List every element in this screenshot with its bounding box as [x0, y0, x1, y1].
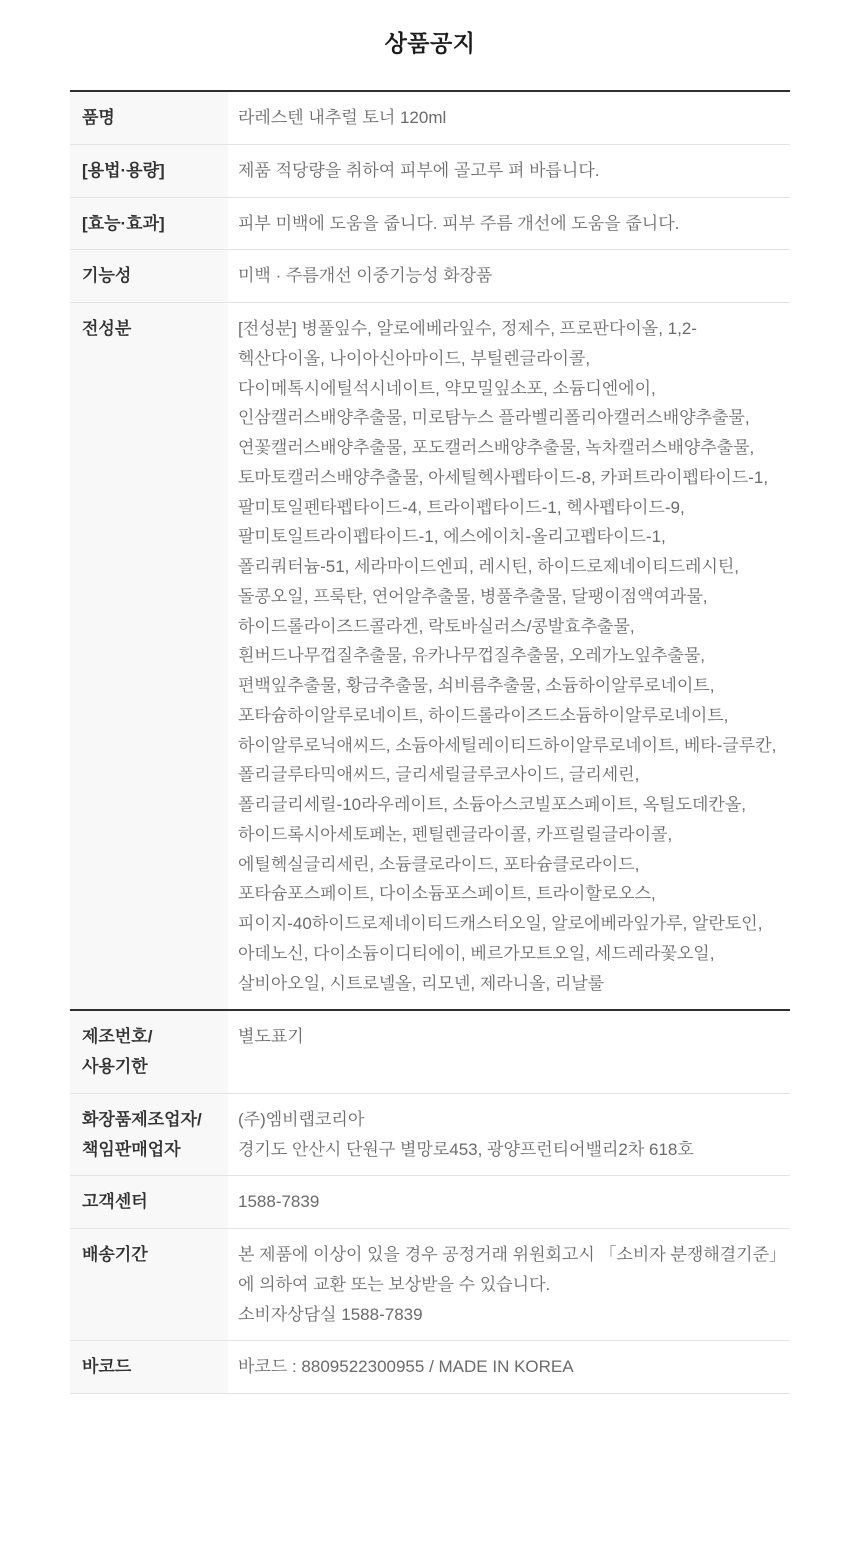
product-notice-page: 상품공지 품명 라레스텐 내추럴 토너 120ml [용법·용량] 제품 적당량… [0, 0, 860, 1434]
product-spec-table: 품명 라레스텐 내추럴 토너 120ml [용법·용량] 제품 적당량을 취하여… [70, 90, 790, 1394]
row-value: 별도표기 [228, 1011, 790, 1093]
row-value: 1588-7839 [228, 1176, 790, 1228]
row-label: 품명 [70, 92, 228, 144]
row-label: 화장품제조업자/ 책임판매업자 [70, 1094, 228, 1176]
table-row: 품명 라레스텐 내추럴 토너 120ml [70, 92, 790, 145]
row-value: 미백 · 주름개선 이중기능성 화장품 [228, 250, 790, 302]
table-row: [용법·용량] 제품 적당량을 취하여 피부에 골고루 펴 바릅니다. [70, 145, 790, 198]
row-value: [전성분] 병풀잎수, 알로에베라잎수, 정제수, 프로판다이올, 1,2-헥산… [228, 303, 790, 1009]
table-row: 제조번호/ 사용기한 별도표기 [70, 1011, 790, 1094]
table-row: 바코드 바코드 : 8809522300955 / MADE IN KOREA [70, 1341, 790, 1394]
row-label: 바코드 [70, 1341, 228, 1393]
table-row: 화장품제조업자/ 책임판매업자 (주)엠비랩코리아 경기도 안산시 단원구 별망… [70, 1094, 790, 1177]
row-label: 제조번호/ 사용기한 [70, 1011, 228, 1093]
row-value: (주)엠비랩코리아 경기도 안산시 단원구 별망로453, 광양프런티어밸리2차… [228, 1094, 790, 1176]
row-label: [효능·효과] [70, 198, 228, 250]
row-value: 바코드 : 8809522300955 / MADE IN KOREA [228, 1341, 790, 1393]
row-label: 기능성 [70, 250, 228, 302]
row-label: 배송기간 [70, 1229, 228, 1340]
row-value: 제품 적당량을 취하여 피부에 골고루 펴 바릅니다. [228, 145, 790, 197]
table-row: 배송기간 본 제품에 이상이 있을 경우 공정거래 위원회고시 「소비자 분쟁해… [70, 1229, 790, 1341]
table-row: 전성분 [전성분] 병풀잎수, 알로에베라잎수, 정제수, 프로판다이올, 1,… [70, 303, 790, 1011]
row-value: 피부 미백에 도움을 줍니다. 피부 주름 개선에 도움을 줍니다. [228, 198, 790, 250]
row-value: 본 제품에 이상이 있을 경우 공정거래 위원회고시 「소비자 분쟁해결기준」에… [228, 1229, 790, 1340]
table-row: 기능성 미백 · 주름개선 이중기능성 화장품 [70, 250, 790, 303]
row-label: 고객센터 [70, 1176, 228, 1228]
table-row: 고객센터 1588-7839 [70, 1176, 790, 1229]
row-label: [용법·용량] [70, 145, 228, 197]
row-label: 전성분 [70, 303, 228, 1009]
row-value: 라레스텐 내추럴 토너 120ml [228, 92, 790, 144]
table-row: [효능·효과] 피부 미백에 도움을 줍니다. 피부 주름 개선에 도움을 줍니… [70, 198, 790, 251]
page-title: 상품공지 [70, 28, 790, 58]
